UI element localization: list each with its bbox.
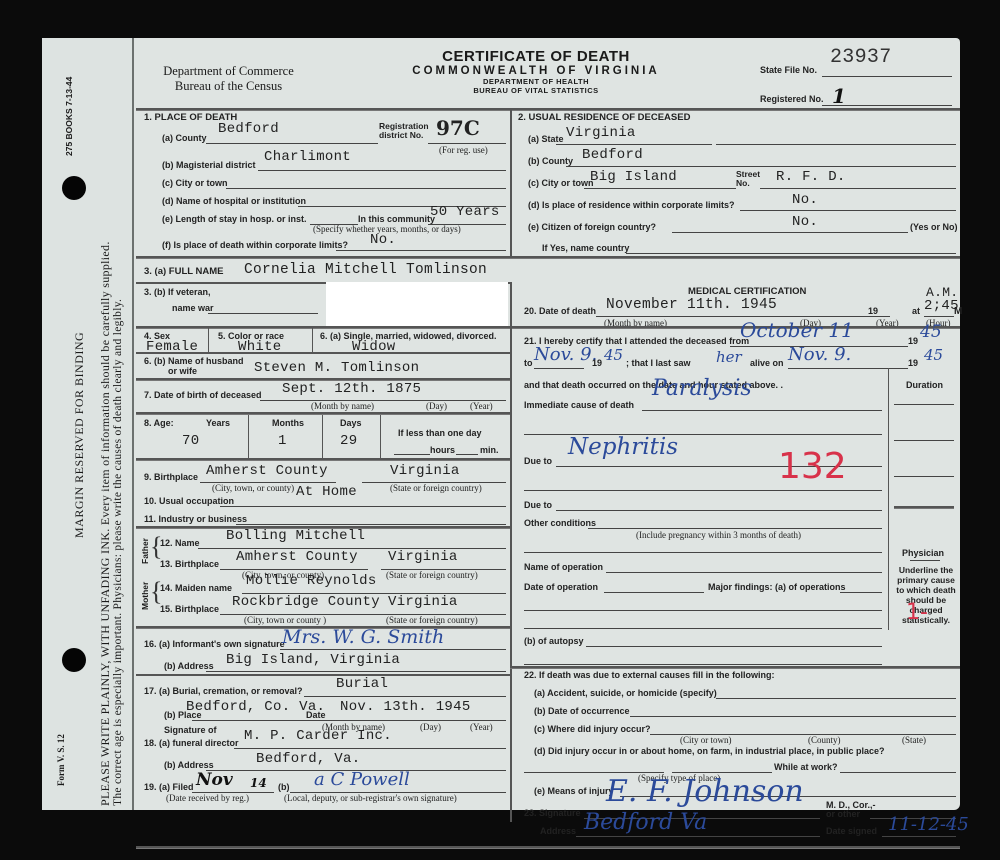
alive-on-value: Nov. 9. [788,344,851,365]
age-divider-1 [248,415,249,459]
father-bp-state-value: Virginia [388,549,458,565]
binding-hole-bottom [62,648,86,672]
age-years-value: 70 [182,433,199,449]
autopsy-line [586,646,882,647]
mother-bp-city-note: (City, town or county ) [244,615,326,625]
mother-bp-state-note: (State or foreign country) [386,615,478,625]
burial-type-value: Burial [336,676,388,692]
burial-year-note: (Year) [470,722,493,732]
physician-address-line [576,836,820,837]
physician-address-value: Bedford Va [584,810,707,835]
certificate-title-block: CERTIFICATE OF DEATH COMMONWEALTH OF VIR… [376,48,696,95]
hours-label: hours [430,445,455,455]
alive-on-label: alive on [750,358,784,368]
full-name-value: Cornelia Mitchell Tomlinson [244,262,487,278]
instruction-line-2: The correct age is especially important.… [112,299,124,806]
duration-line-3 [894,476,954,477]
commonwealth-title: COMMONWEALTH OF VIRGINIA [376,65,696,77]
cause-line-7 [524,552,882,553]
res-city-value: Big Island [590,169,677,185]
years-label: Years [206,418,230,428]
certificate-title: CERTIFICATE OF DEATH [376,48,696,65]
dob-month-note: (Month by name) [311,401,374,411]
father-tag: Father [140,538,150,564]
country-label: If Yes, name country [542,243,629,253]
director-label-2: 18. (a) funeral director [144,738,239,748]
war-line [208,313,318,314]
dept-commerce: Department of Commerce [146,64,311,79]
physician-address-label: Address [540,826,576,836]
birthplace-label: 9. Birthplace [144,472,198,482]
community-value: 50 Years [430,204,500,220]
duration-line-4 [894,506,954,509]
health-department: DEPARTMENT OF HEALTH [376,77,696,86]
cause-line-4 [524,490,882,491]
citizen-label: (e) Citizen of foreign country? [528,222,656,232]
occupation-label: 10. Usual occupation [144,496,234,506]
hospital-label: (d) Name of hospital or institution [162,196,306,206]
age-days-value: 29 [340,433,357,449]
mother-bp-state-value: Virginia [388,594,458,610]
at-work-line [840,772,956,773]
external-c-label: (c) Where did injury occur? [534,724,651,734]
age-divider-2 [322,415,323,459]
father-bp-state-note: (State or foreign country) [386,570,478,580]
divider-spouse [136,352,510,354]
res-state-label: (a) State [528,134,564,144]
birthplace-city-value: Amherst County [206,463,328,479]
days-label: Days [340,418,362,428]
director-label-1: Signature of [164,725,217,735]
sex-race-divider [208,328,209,352]
magisterial-line [258,170,506,171]
registrar-label: (b) [278,782,290,792]
burial-place-value: Bedford, Co. Va. [186,699,325,715]
informant-address-value: Big Island, Virginia [226,652,400,668]
burial-type-label: 17. (a) Burial, cremation, or removal? [144,686,303,696]
age-months-value: 1 [278,433,287,449]
street-label: StreetNo. [736,170,760,188]
death-city-label: (c) City or town [162,178,228,188]
due-to-label-1: Due to [524,456,552,466]
bp-state-note: (State or foreign country) [390,483,482,493]
spouse-label-1: 6. (b) Name of husband [144,356,244,366]
residence-heading: 2. USUAL RESIDENCE OF DECEASED [518,112,690,123]
res-city-label: (c) City or town [528,178,594,188]
bureau-census: Bureau of the Census [146,79,311,94]
dob-label: 7. Date of birth of deceased [144,390,262,400]
registrar-signature: a C Powell [314,769,410,790]
street-value: R. F. D. [776,169,846,185]
res-state-value: Virginia [566,125,636,141]
immediate-cause-label: Immediate cause of death [524,400,634,410]
res-state-line-2 [716,144,956,145]
date-signed-value: 11-12-45 [888,814,969,835]
alive-year-value: 45 [924,346,943,364]
months-label: Months [272,418,304,428]
cause-code: 132 [778,446,847,487]
father-bp-city-value: Amherst County [236,549,358,565]
immediate-cause-value: Paralysis [652,376,752,401]
burial-date-label: Date [306,710,326,720]
registered-label: Registered No. [760,94,824,104]
instruction-line-1: PLEASE WRITE PLAINLY, WITH UNFADING INK.… [98,241,113,806]
form-books-text: 275 BOOKS 7-13-44 [64,77,74,156]
death-corporate-value: No. [370,232,396,248]
form-number: Form V. S. 12 [56,734,66,786]
md-label-2: or other [826,809,860,819]
physician-signature: E. F. Johnson [606,774,804,809]
informant-sig-line [280,649,506,650]
divider-sex [136,326,510,329]
operation-line [606,572,882,573]
hour-line [924,316,954,317]
findings-label: Major findings: (a) of operations [708,582,846,592]
father-bp-label: 13. Birthplace [160,559,219,569]
res-county-line [566,166,956,167]
redacted-area [326,282,508,326]
birthplace-state-value: Virginia [390,463,460,479]
duration-line-1 [894,404,954,405]
spouse-label-2: or wife [144,366,197,376]
citizen-value: No. [792,214,818,230]
other-conditions-line [588,528,882,529]
divider-certify [510,326,960,329]
mother-bp-city-value: Rockbridge County [232,594,380,610]
reg-district-label-2: district No. [379,130,423,140]
due-to-value: Nephritis [568,434,678,460]
autopsy-line-2 [524,664,882,665]
header-divider [136,108,960,111]
street-line [760,188,956,189]
divider-name [136,256,960,259]
state-file-label: State File No. [760,65,817,75]
informant-sig-label: 16. (a) Informant's own signature [144,639,285,649]
death-corporate-line [336,250,506,251]
injury-county-note: (County) [808,735,841,745]
external-a-label: (a) Accident, suicide, or homicide (spec… [534,688,717,698]
external-b-line [630,716,956,717]
magisterial-value: Charlimont [264,149,351,165]
bp-city-note: (City, town, or county) [212,483,294,493]
duration-column-divider [888,368,889,630]
director-address-label: (b) Address [164,760,214,770]
due-to-label-2: Due to [524,500,552,510]
country-line [626,253,956,254]
informant-address-line [206,671,506,672]
informant-address-label: (b) Address [164,661,214,671]
reg-district-value: 97C [436,116,480,140]
mother-tag: Mother [140,582,150,610]
res-state-line [556,144,712,145]
duration-line-2 [894,440,954,441]
less-than-day-label: If less than one day [398,428,482,438]
street-label-2: No. [736,178,750,188]
operation-label: Name of operation [524,562,603,572]
registrar-note: (Local, deputy, or sub-registrar's own s… [284,793,457,803]
nineteen-alive: 19 [908,358,918,368]
census-department: Department of Commerce Bureau of the Cen… [146,64,311,94]
occupation-value: At Home [296,484,357,500]
mother-bp-label: 15. Birthplace [160,604,219,614]
burial-date-value: Nov. 13th. 1945 [340,699,471,715]
county-label: (a) County [162,133,207,143]
death-city-line [226,188,506,189]
age-label: 8. Age: [144,418,174,428]
res-county-label: (b) County [528,156,573,166]
physician-underline [910,560,940,561]
date-signed-line [882,836,956,837]
director-address-value: Bedford, Va. [256,751,360,767]
death-date-label: 20. Date of death [524,306,596,316]
dob-day-note: (Day) [426,401,447,411]
informant-signature: Mrs. W. G. Smith [282,626,444,648]
perforated-edge [39,38,44,810]
external-b-label: (b) Date of occurrence [534,706,630,716]
full-name-label: 3. (a) FULL NAME [144,266,224,277]
duration-heading: Duration [906,380,943,390]
external-a-line [716,698,956,699]
external-causes-heading: 22. If death was due to external causes … [524,670,775,680]
name-war-label: name war [172,303,214,313]
spouse-value: Steven M. Tomlinson [254,360,419,376]
veteran-label: 3. (b) If veteran, [144,287,211,297]
mother-name-label: 14. Maiden name [160,583,232,593]
autopsy-label: (b) of autopsy [524,636,584,646]
to-year-value: 45 [604,346,623,364]
op-date-line [604,592,704,593]
divider-birthplace [136,458,510,461]
magisterial-label: (b) Magisterial district [162,160,256,170]
yes-no-note: (Yes or No) [910,222,958,232]
state-file-number: 23937 [830,46,892,69]
m-label: M [954,306,962,317]
nineteen-to: 19 [592,358,602,368]
to-label: to [524,358,533,368]
at-label: at [912,306,920,316]
community-label: In this community [358,214,435,224]
injury-state-note: (State) [902,735,926,745]
physician-heading: Physician [902,548,944,558]
binding-margin: 275 BOOKS 7-13-44 MARGIN RESERVED FOR BI… [42,38,134,810]
footer-divider [136,846,960,849]
county-line [206,143,378,144]
other-conditions-label: Other conditions [524,518,596,528]
res-corporate-label: (d) Is place of residence within corpora… [528,200,735,210]
nineteen-from: 19 [908,336,918,346]
death-county-value: Bedford [218,121,279,137]
min-line [456,454,478,455]
res-county-value: Bedford [582,147,643,163]
father-name-label: 12. Name [160,538,200,548]
certificate-body: Department of Commerce Bureau of the Cen… [136,38,960,810]
for-reg-use-note: (For reg. use) [439,145,488,155]
charged-cause-number: 1- [906,600,928,625]
op-date-label: Date of operation [524,582,598,592]
stay-label: (e) Length of stay in hosp. or inst. [162,214,307,224]
external-d-label: (d) Did injury occur in or about home, o… [534,746,885,756]
industry-label: 11. Industry or business [144,514,247,524]
occupation-line [220,506,506,507]
main-vertical-divider [510,282,512,822]
res-city-line [584,188,736,189]
burial-type-line [304,696,506,697]
nineteen-label: 19 [868,306,878,316]
dob-value: Sept. 12th. 1875 [282,381,421,397]
funeral-director-value: M. P. Carder Inc. [244,728,392,744]
father-name-value: Bolling Mitchell [226,528,365,544]
attended-from-value: October 11 [740,318,854,342]
findings-line-2 [524,610,882,611]
external-e-label: (e) Means of injury [534,786,614,796]
immediate-cause-line [642,410,882,411]
filed-label: 19. (a) Filed [144,782,194,792]
findings-line [840,592,882,593]
res-corporate-line [740,210,956,211]
due-to-line-2 [556,510,882,511]
vital-statistics-bureau: BUREAU OF VITAL STATISTICS [376,86,696,95]
date-received-note: (Date received by reg.) [166,793,249,803]
pronoun-value: her [716,348,742,366]
date-signed-label: Date signed [826,826,877,836]
last-saw-label: ; that I last saw [626,358,691,368]
race-marital-divider [312,328,313,352]
filed-month: Nov [196,770,233,790]
pregnancy-note: (Include pregnancy within 3 months of de… [636,530,801,540]
marital-label: 6. (a) Single, married, widowed, divorce… [320,331,497,341]
divider-age [136,412,510,415]
burial-place-line [192,720,506,721]
death-date-line [596,316,890,317]
to-line [534,368,584,369]
res-corporate-value: No. [792,192,818,208]
reg-district-label: Registrationdistrict No. [379,122,429,140]
death-corporate-label: (f) Is place of death within corporate l… [162,240,348,250]
physician-sig-label: 23. Signature [524,808,581,818]
dob-year-note: (Year) [470,401,493,411]
registered-number: 1 [832,84,846,108]
mother-name-value: Mollie Reynolds [246,573,377,589]
from-year-value: 45 [920,322,942,342]
burial-day-note: (Day) [420,722,441,732]
binding-hole-top [62,176,86,200]
filed-day: 14 [250,776,267,790]
margin-reserved-text: MARGIN RESERVED FOR BINDING [72,332,87,538]
medical-cert-heading: MEDICAL CERTIFICATION [688,286,806,297]
min-label: min. [480,445,499,455]
state-file-line [822,76,952,77]
findings-line-3 [524,628,882,629]
death-certificate: 275 BOOKS 7-13-44 MARGIN RESERVED FOR BI… [42,38,960,810]
divider-burial [136,674,510,676]
age-divider-3 [380,415,381,459]
industry-line [236,524,506,525]
attended-to-value: Nov. 9. [534,344,597,365]
citizen-line [672,232,908,233]
divider-external [510,666,960,669]
director-line [234,748,506,749]
spouse-label: 6. (b) Name of husbandor wife [144,356,244,376]
death-date-value: November 11th. 1945 [606,297,777,313]
reg-district-line [428,143,506,144]
at-work-label: While at work? [774,762,838,772]
injury-city-note: (City or town) [680,735,732,745]
section-divider-1-2 [510,110,512,256]
alive-on-line [788,368,908,369]
hours-line [394,454,430,455]
